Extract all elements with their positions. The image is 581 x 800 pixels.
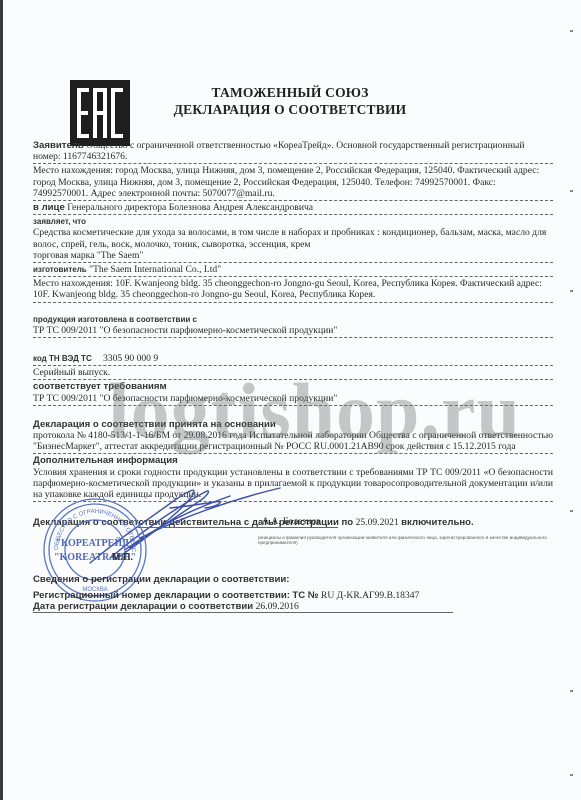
document-header: ТАМОЖЕННЫЙ СОЮЗ ДЕКЛАРАЦИЯ О СООТВЕТСТВИ… bbox=[160, 84, 420, 118]
registration-date-value: 26.09.2016 bbox=[256, 601, 299, 612]
release-type: Серийный выпуск. bbox=[33, 367, 553, 380]
complies-label: соответствует требованиям bbox=[33, 381, 553, 392]
signature-line bbox=[138, 527, 338, 528]
seal-label: М.П. bbox=[112, 552, 133, 563]
hs-code-row: код ТН ВЭД ТС 3305 90 000 9 bbox=[33, 353, 553, 366]
registration-number-row: Регистрационный номер декларации о соотв… bbox=[33, 590, 553, 601]
declaration-body: Заявитель Общество с ограниченной ответс… bbox=[33, 140, 553, 528]
hs-code-label: код ТН ВЭД ТС bbox=[33, 353, 103, 364]
validity-suffix: включительно. bbox=[401, 517, 474, 528]
product-description: Средства косметические для ухода за воло… bbox=[33, 227, 553, 249]
eac-mark-icon bbox=[74, 84, 126, 142]
produced-per-label: продукция изготовлена в соответствии с bbox=[33, 314, 553, 325]
scan-speck bbox=[570, 290, 573, 292]
registration-info: Сведения о регистрации декларации о соот… bbox=[33, 573, 553, 613]
registration-number-value: RU Д-KR.АГ99.В.18347 bbox=[321, 590, 419, 601]
trademark: торговая марка "The Saem" bbox=[33, 250, 553, 263]
header-declaration-title: ДЕКЛАРАЦИЯ О СООТВЕТСТВИИ bbox=[160, 101, 420, 118]
applicant-location: Место нахождения: город Москва, улица Ни… bbox=[33, 165, 553, 201]
registration-number-label: Регистрационный номер декларации о соотв… bbox=[33, 590, 290, 601]
scan-speck bbox=[570, 30, 573, 32]
registration-date-label: Дата регистрации декларации о соответств… bbox=[33, 601, 253, 612]
basis-label: Декларация о соответствии принята на осн… bbox=[33, 419, 553, 430]
scan-speck bbox=[570, 510, 573, 512]
manufacturer-block: изготовитель "The Saem International Co.… bbox=[33, 264, 553, 277]
additional-info-text: Условия хранения и сроки годности продук… bbox=[33, 467, 553, 503]
eac-logo bbox=[70, 80, 130, 146]
signatory-name: А.А. Болезнов bbox=[262, 516, 321, 527]
represented-block: в лице Генерального директора Болезнова … bbox=[33, 202, 553, 215]
hs-code-value: 3305 90 000 9 bbox=[103, 353, 158, 364]
manufacturer-label: изготовитель bbox=[33, 265, 87, 274]
signatory-note: (инициалы и фамилия руководителя организ… bbox=[258, 535, 578, 546]
scan-speck bbox=[570, 690, 573, 692]
represented-text: Генерального директора Болезнова Андрея … bbox=[67, 202, 313, 213]
scan-speck bbox=[570, 774, 573, 776]
manufacturer-name: "The Saem International Co., Ltd" bbox=[89, 264, 221, 275]
applicant-label: Заявитель bbox=[33, 140, 84, 151]
manufacturer-location: Место нахождения: 10F. Kwanjeong bldg. 3… bbox=[33, 278, 553, 302]
declares-label: заявляет, что bbox=[33, 216, 553, 227]
complies-standard: ТР ТС 009/2011 "О безопасности парфюмерн… bbox=[33, 393, 553, 406]
additional-info-label: Дополнительная информация bbox=[33, 455, 553, 466]
registration-heading: Сведения о регистрации декларации о соот… bbox=[33, 573, 553, 586]
applicant-block: Заявитель Общество с ограниченной ответс… bbox=[33, 140, 553, 164]
applicant-text: Общество с ограниченной ответственностью… bbox=[33, 140, 524, 162]
header-union-title: ТАМОЖЕННЫЙ СОЮЗ bbox=[160, 84, 420, 101]
basis-text: протокола № 4180-513/1-1-16/БМ от 29.08.… bbox=[33, 430, 553, 454]
represented-label: в лице bbox=[33, 202, 65, 213]
validity-date: 25.09.2021 bbox=[356, 517, 399, 528]
produced-per-standard: ТР ТС 009/2011 "О безопасности парфюмерн… bbox=[33, 325, 553, 338]
registration-number-prefix: ТС № bbox=[292, 590, 318, 601]
registration-date-row: Дата регистрации декларации о соответств… bbox=[33, 601, 453, 613]
scan-speck bbox=[570, 190, 573, 192]
